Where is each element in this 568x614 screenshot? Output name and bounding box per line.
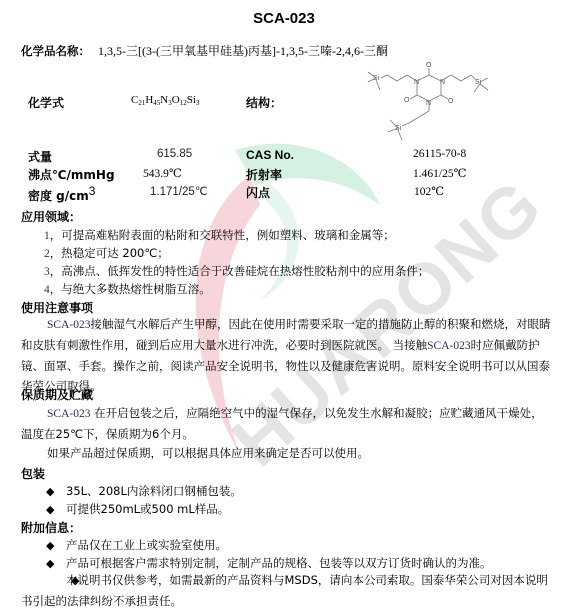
packaging-item: ◆35L、208L内涂料闭口钢桶包装。 (46, 483, 242, 499)
svg-text:O: O (404, 97, 410, 104)
packaging-heading: 包装 (21, 465, 45, 482)
applications-heading: 应用领域： (21, 208, 81, 225)
bp-label: 沸点℃/mmHg (28, 166, 115, 183)
application-item: 1，可提高难粘附表面的粘附和交联特性，例如塑料、玻璃和金属等； (44, 227, 395, 243)
cas-value: 26115-70-8 (413, 148, 466, 160)
mw-value: 615.85 (157, 148, 192, 160)
diamond-bullet-icon: ◆ (46, 539, 66, 552)
diamond-bullet-icon: ◆ (46, 503, 66, 516)
svg-text:N: N (426, 100, 431, 107)
additional-item: ◆产品仅在工业上或实验室使用。 (46, 537, 227, 553)
svg-text:Si: Si (475, 79, 482, 86)
fp-value: 102℃ (414, 184, 444, 198)
diamond-bullet-icon: ◆ (46, 571, 66, 591)
page-title: SCA-023 (0, 10, 568, 27)
molecular-structure-diagram: OOO NNN SiSiSi (362, 58, 502, 148)
density-label: 密度 g/cm3 (28, 184, 95, 204)
density-value: 1.171/25℃ (150, 184, 208, 198)
chemical-name-label: 化学品名称： (21, 44, 90, 58)
shelf-life-paragraph: SCA-023 在开启包装之后，应隔绝空气中的湿气保存，以免发生水解和凝胶；应贮… (21, 403, 551, 444)
application-item: 3，高沸点、低挥发性的特性适合于改善硅烷在热熔性胶粘剂中的应用条件； (44, 263, 429, 279)
product-datasheet: SCA-023 化学品名称：1,3,5-三[(3-(三甲氧基甲硅基)丙基]-1,… (0, 0, 568, 614)
application-item: 4，与绝大多数热熔性树脂互溶。 (44, 281, 211, 297)
shelf-life-note: 如果产品超过保质期，可以根据具体应用来确定是否可以使用。 (21, 443, 551, 463)
chemical-name-row: 化学品名称：1,3,5-三[(3-(三甲氧基甲硅基)丙基]-1,3,5-三嗪-2… (21, 42, 388, 59)
shelf-life-heading: 保质期及贮藏 (21, 386, 93, 403)
svg-text:Si: Si (373, 75, 380, 82)
formula-value: C21H45N3O12Si3 (131, 94, 199, 107)
bp-value: 543.9℃ (143, 166, 182, 180)
additional-item: ◆产品可根据客户需求特别定制，定制产品的规格、包装等以双方订货时确认的为准。 (46, 555, 492, 571)
packaging-item: ◆可提供250mL或500 mL样品。 (46, 501, 229, 517)
fp-label: 闪点 (246, 184, 270, 201)
svg-text:O: O (448, 98, 454, 105)
ri-value: 1.461/25℃ (413, 166, 466, 180)
diamond-bullet-icon: ◆ (46, 485, 66, 498)
svg-text:O: O (426, 62, 432, 69)
svg-text:N: N (414, 79, 419, 86)
application-item: 2，热稳定可达 200℃； (44, 245, 169, 261)
ri-label: 折射率 (246, 166, 282, 183)
structure-label: 结构： (246, 94, 282, 111)
precautions-paragraph: SCA-023接触湿气水解后产生甲醇，因此在使用时需要采取一定的措施防止醇的积聚… (21, 314, 551, 396)
additional-item-disclaimer: ◆本说明书仅供参考，如需最新的产品资料与MSDS，请向本公司索取。国泰华荣公司对… (21, 570, 551, 611)
formula-label: 化学式 (28, 94, 64, 111)
cas-label: CAS No. (246, 148, 294, 163)
additional-info-heading: 附加信息： (21, 519, 81, 536)
svg-text:N: N (440, 79, 445, 86)
chemical-name-value: 1,3,5-三[(3-(三甲氧基甲硅基)丙基]-1,3,5-三嗪-2,4,6-三… (98, 44, 388, 58)
mw-label: 式量 (28, 148, 52, 165)
svg-text:Si: Si (395, 125, 402, 132)
diamond-bullet-icon: ◆ (46, 557, 66, 570)
